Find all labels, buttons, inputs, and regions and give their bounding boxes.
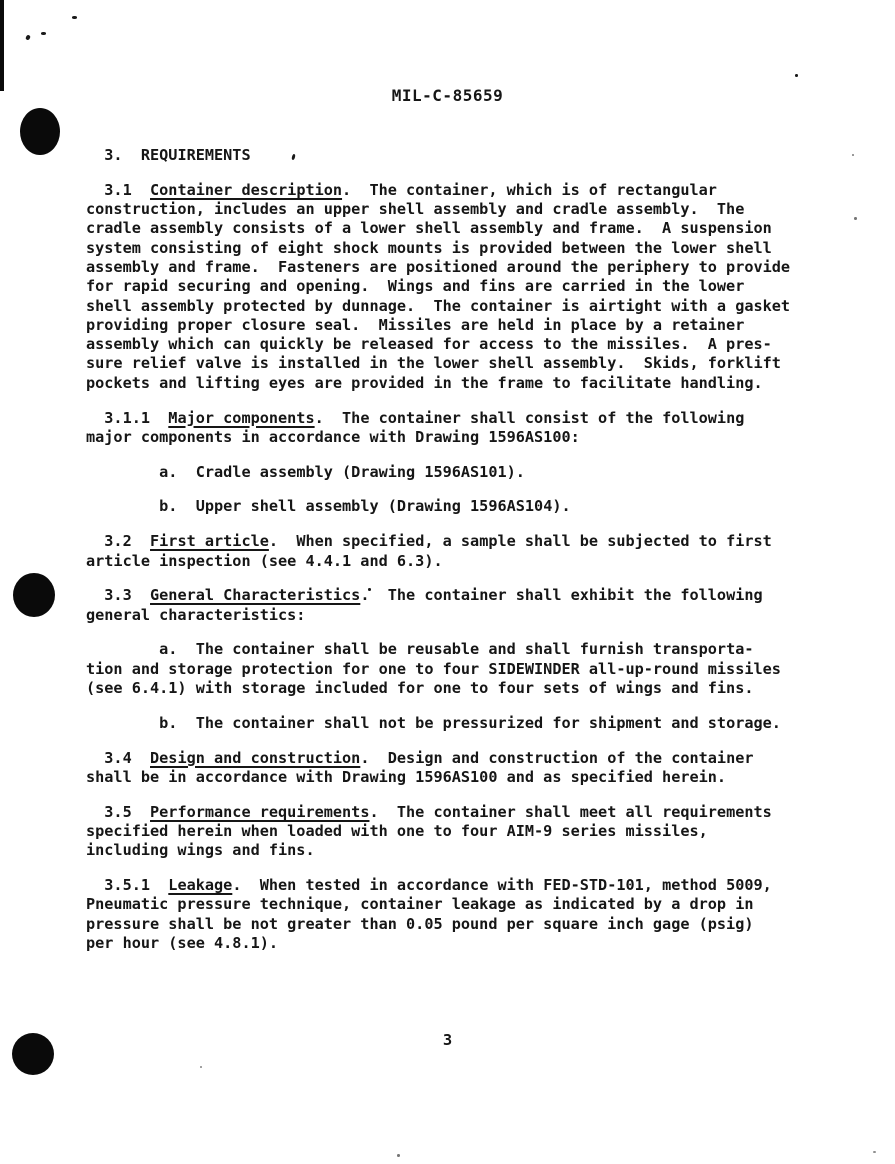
paragraph-number: a. (86, 640, 196, 658)
hole-punch-middle (13, 573, 55, 617)
scanned-page: MIL-C-85659 3. REQUIREMENTS 3.1 Containe… (0, 0, 895, 1164)
paragraph: 3.1.1 Major components. The container sh… (86, 409, 875, 448)
paragraph-text: Upper shell assembly (Drawing 1596AS104)… (196, 497, 571, 515)
underlined-heading: First article (150, 532, 269, 550)
paragraph: 3.5.1 Leakage. When tested in accordance… (86, 876, 875, 953)
paragraph-text: The container shall be reusable and shal… (196, 640, 754, 658)
scan-speck (397, 1154, 400, 1157)
underlined-heading: Performance requirements (150, 803, 369, 821)
paragraph-number: 3.5.1 (86, 876, 168, 894)
paragraph-line: 3.2 First article. When specified, a sam… (86, 532, 875, 551)
scan-speck (873, 1151, 876, 1153)
scan-speck (72, 16, 77, 19)
paragraph-number: a. (86, 463, 196, 481)
paragraph-line: tion and storage protection for one to f… (86, 660, 875, 679)
paragraph-text: . When specified, a sample shall be subj… (269, 532, 772, 550)
scan-speck (795, 74, 798, 77)
paragraph-line: Pneumatic pressure technique, container … (86, 895, 875, 914)
paragraph: a. Cradle assembly (Drawing 1596AS101). (86, 463, 875, 482)
paragraph-text: REQUIREMENTS (141, 146, 251, 164)
paragraph-line: system consisting of eight shock mounts … (86, 239, 875, 258)
paragraph: b. Upper shell assembly (Drawing 1596AS1… (86, 497, 875, 516)
paragraph-line: for rapid securing and opening. Wings an… (86, 277, 875, 296)
paragraph-line: 3. REQUIREMENTS (86, 146, 875, 165)
underlined-heading: Major components (168, 409, 314, 427)
underlined-heading: Leakage (168, 876, 232, 894)
paragraph-number: 3.5 (86, 803, 150, 821)
paragraph-line: 3.1 Container description. The container… (86, 181, 875, 200)
underlined-heading: Design and construction (150, 749, 360, 767)
paragraph-line: (see 6.4.1) with storage included for on… (86, 679, 875, 698)
paragraph: 3.1 Container description. The container… (86, 181, 875, 393)
paragraph-line: 3.5.1 Leakage. When tested in accordance… (86, 876, 875, 895)
paragraph-text: . The container shall consist of the fol… (315, 409, 745, 427)
paragraph-line: shall be in accordance with Drawing 1596… (86, 768, 875, 787)
paragraph: 3.5 Performance requirements. The contai… (86, 803, 875, 861)
paragraph-text: . When tested in accordance with FED-STD… (232, 876, 771, 894)
underlined-heading: General Characteristics (150, 586, 360, 604)
paragraph-line: a. The container shall be reusable and s… (86, 640, 875, 659)
paragraph: b. The container shall not be pressurize… (86, 714, 875, 733)
paragraph-text: . Design and construction of the contain… (360, 749, 753, 767)
paragraph: a. The container shall be reusable and s… (86, 640, 875, 698)
paragraph-number: 3.2 (86, 532, 150, 550)
paragraph-text: . The container, which is of rectangular (342, 181, 717, 199)
underlined-heading: Container description (150, 181, 342, 199)
paragraph-line: pockets and lifting eyes are provided in… (86, 374, 875, 393)
paragraph-line: per hour (see 4.8.1). (86, 934, 875, 953)
paragraph-line: b. The container shall not be pressurize… (86, 714, 875, 733)
document-text: 3. REQUIREMENTS 3.1 Container descriptio… (86, 146, 875, 953)
paragraph-text: The container shall not be pressurized f… (196, 714, 781, 732)
paragraph-line: major components in accordance with Draw… (86, 428, 875, 447)
paragraph-line: assembly and frame. Fasteners are positi… (86, 258, 875, 277)
paragraph-line: pressure shall be not greater than 0.05 … (86, 915, 875, 934)
paragraph-line: including wings and fins. (86, 841, 875, 860)
scan-speck (200, 1066, 202, 1068)
paragraph: 3.2 First article. When specified, a sam… (86, 532, 875, 571)
paragraph-number: b. (86, 497, 196, 515)
paragraph-text: . The container shall exhibit the follow… (360, 586, 762, 604)
paragraph-number: 3.3 (86, 586, 150, 604)
paragraph-line: 3.5 Performance requirements. The contai… (86, 803, 875, 822)
paragraph-line: general characteristics: (86, 606, 875, 625)
paragraph-number: 3. (86, 146, 141, 164)
paragraph-line: b. Upper shell assembly (Drawing 1596AS1… (86, 497, 875, 516)
paragraph-line: article inspection (see 4.4.1 and 6.3). (86, 552, 875, 571)
scan-edge-artifact (0, 0, 4, 91)
document-number-header: MIL-C-85659 (0, 86, 895, 105)
paragraph-line: 3.3 General Characteristics. The contain… (86, 586, 875, 605)
paragraph-line: specified herein when loaded with one to… (86, 822, 875, 841)
paragraph-number: 3.1 (86, 181, 150, 199)
paragraph-text: . The container shall meet all requireme… (369, 803, 771, 821)
hole-punch-top (20, 108, 60, 155)
paragraph-line: a. Cradle assembly (Drawing 1596AS101). (86, 463, 875, 482)
paragraph-line: 3.4 Design and construction. Design and … (86, 749, 875, 768)
paragraph-line: cradle assembly consists of a lower shel… (86, 219, 875, 238)
paragraph-line: sure relief valve is installed in the lo… (86, 354, 875, 373)
paragraph-line: shell assembly protected by dunnage. The… (86, 297, 875, 316)
paragraph-number: 3.1.1 (86, 409, 168, 427)
paragraph-line: providing proper closure seal. Missiles … (86, 316, 875, 335)
paragraph-line: construction, includes an upper shell as… (86, 200, 875, 219)
paragraph: 3. REQUIREMENTS (86, 146, 875, 165)
paragraph-text: Cradle assembly (Drawing 1596AS101). (196, 463, 525, 481)
paragraph-number: b. (86, 714, 196, 732)
scan-speck (41, 32, 46, 35)
paragraph-line: assembly which can quickly be released f… (86, 335, 875, 354)
paragraph: 3.4 Design and construction. Design and … (86, 749, 875, 788)
paragraph-line: 3.1.1 Major components. The container sh… (86, 409, 875, 428)
paragraph: 3.3 General Characteristics. The contain… (86, 586, 875, 625)
scan-speck (25, 34, 31, 40)
paragraph-number: 3.4 (86, 749, 150, 767)
page-number: 3 (0, 1031, 895, 1049)
